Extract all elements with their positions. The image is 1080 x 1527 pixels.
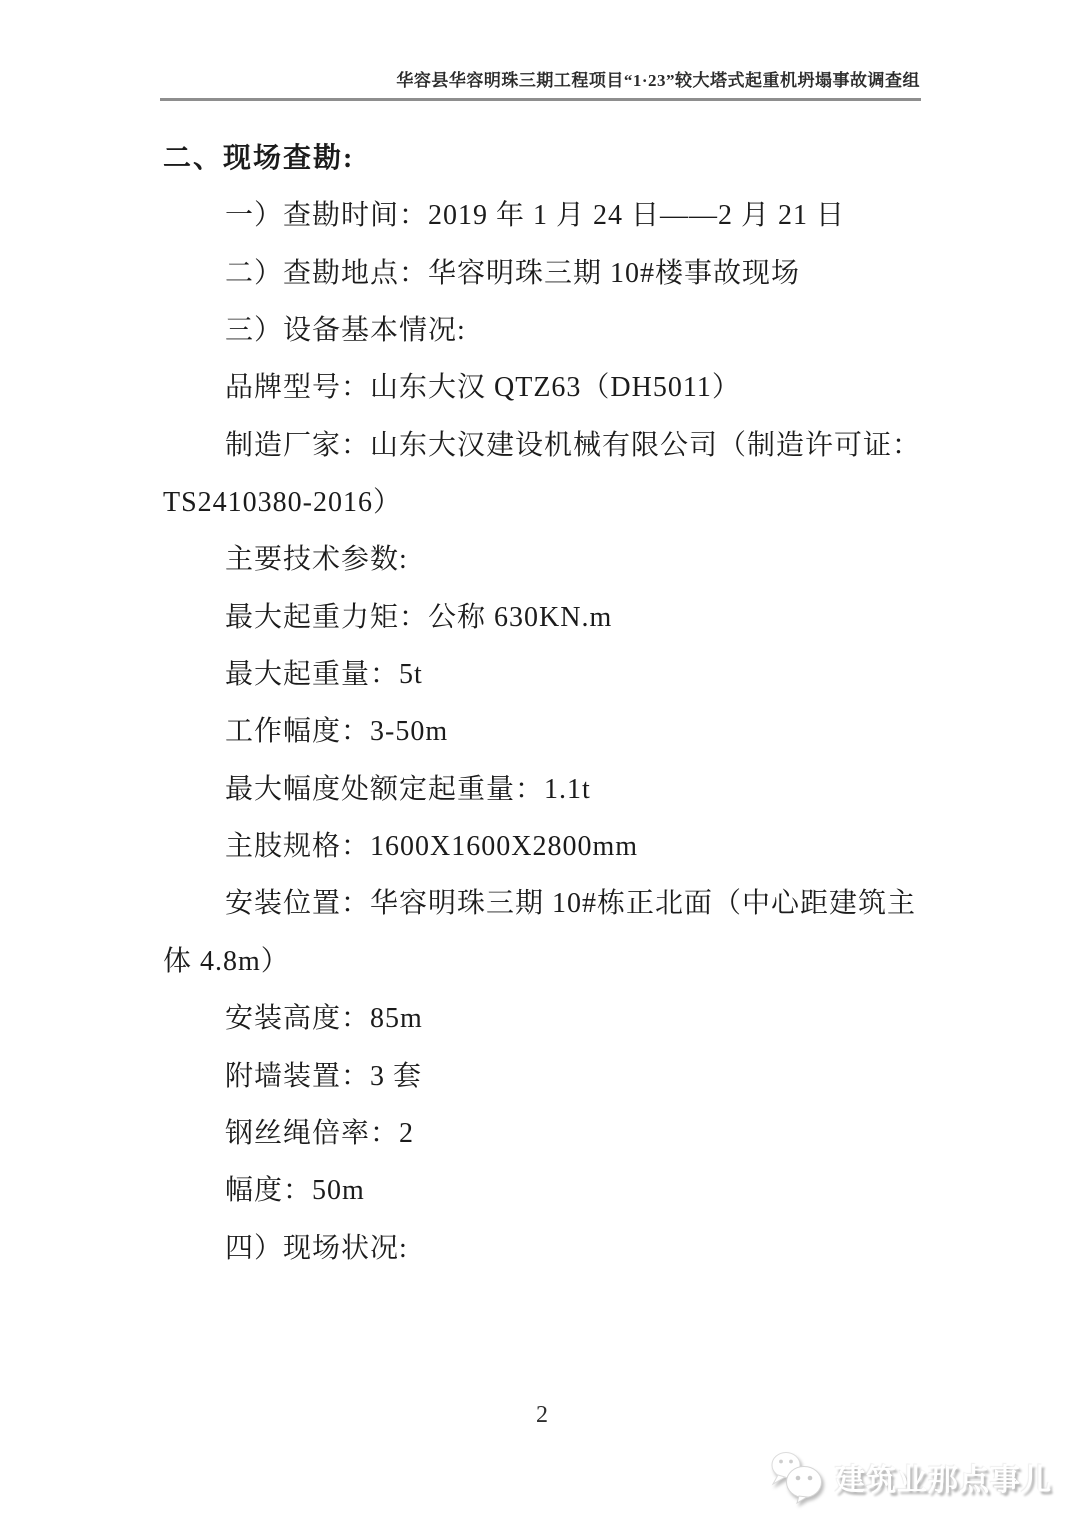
line-main-chord-spec: 主肢规格：1600X1600X2800mm — [163, 818, 921, 875]
line-wire-rope-ratio: 钢丝绳倍率：2 — [163, 1105, 921, 1162]
wechat-icon — [769, 1450, 827, 1504]
line-rated-capacity-at-max-radius: 最大幅度处额定起重量：1.1t — [163, 761, 921, 818]
line-max-lifting-capacity: 最大起重量：5t — [163, 646, 921, 703]
line-survey-location: 二）查勘地点：华容明珠三期 10#楼事故现场 — [163, 245, 921, 302]
line-site-condition-heading: 四）现场状况: — [163, 1220, 921, 1277]
watermark: 建筑业那点事儿 — [769, 1450, 1052, 1504]
watermark-label: 建筑业那点事儿 — [835, 1455, 1052, 1499]
section-heading: 二、现场查勘: — [163, 130, 921, 187]
line-manufacturer: 制造厂家：山东大汉建设机械有限公司（制造许可证： — [163, 417, 921, 474]
line-tech-params-heading: 主要技术参数: — [163, 531, 921, 588]
document-page: 华容县华容明珠三期工程项目“1·23”较大塔式起重机坍塌事故调查组 二、现场查勘… — [0, 0, 1080, 1527]
line-install-height: 安装高度：85m — [163, 990, 921, 1047]
line-max-load-moment: 最大起重力矩：公称 630KN.m — [163, 589, 921, 646]
header-divider — [160, 98, 921, 101]
document-body: 二、现场查勘: 一）查勘时间：2019 年 1 月 24 日——2 月 21 日… — [163, 130, 921, 1277]
line-radius: 幅度：50m — [163, 1162, 921, 1219]
line-brand-model: 品牌型号：山东大汉 QTZ63（DH5011） — [163, 359, 921, 416]
line-manufacturer-license-cont: TS2410380-2016） — [163, 474, 921, 531]
line-survey-time: 一）查勘时间：2019 年 1 月 24 日——2 月 21 日 — [163, 187, 921, 244]
line-working-radius: 工作幅度：3-50m — [163, 703, 921, 760]
running-header-title: 华容县华容明珠三期工程项目“1·23”较大塔式起重机坍塌事故调查组 — [160, 68, 920, 94]
page-number: 2 — [163, 1402, 921, 1429]
line-equipment-basic-info: 三）设备基本情况: — [163, 302, 921, 359]
line-install-position: 安装位置：华容明珠三期 10#栋正北面（中心距建筑主 — [163, 875, 921, 932]
line-install-position-cont: 体 4.8m） — [163, 933, 921, 990]
line-wall-tie-sets: 附墙装置：3 套 — [163, 1048, 921, 1105]
